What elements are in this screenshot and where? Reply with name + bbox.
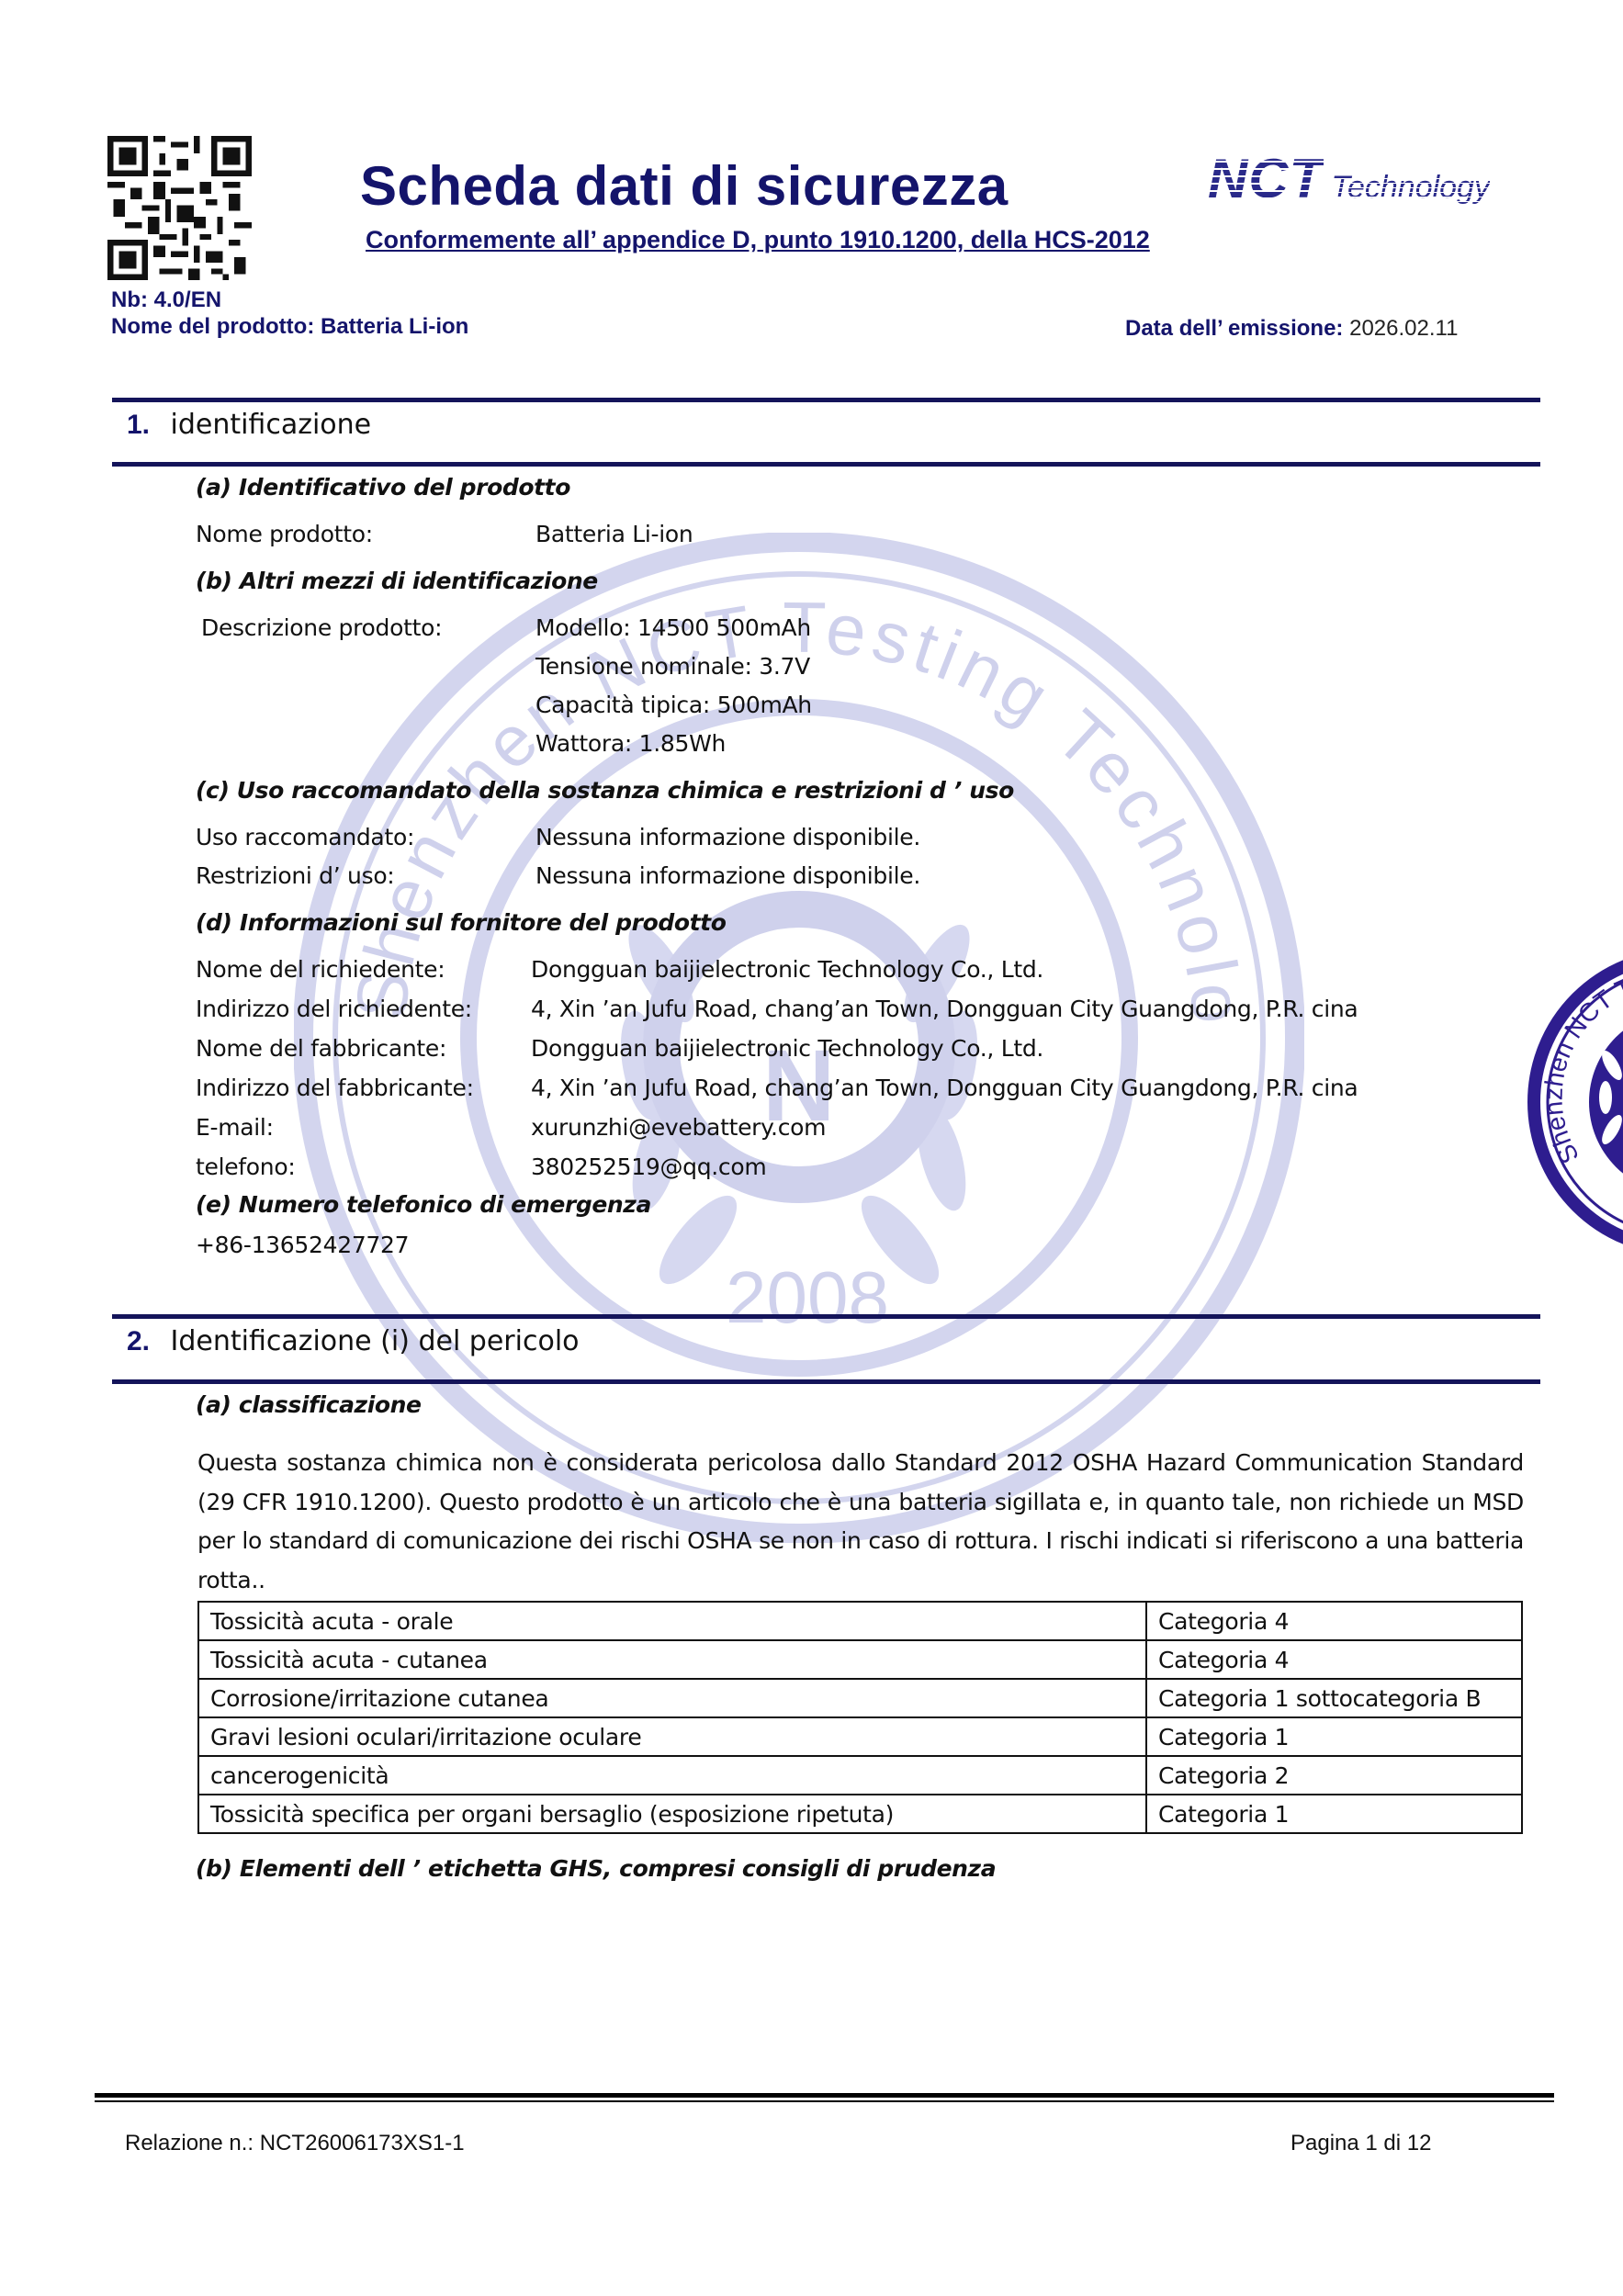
issue-date-label: Data dell’ emissione: <box>1125 316 1343 341</box>
section-1-number: 1. <box>127 410 150 440</box>
subheading-other-identification: (b) Altri mezzi di identificazione <box>196 568 598 594</box>
qr-code-icon <box>107 136 252 280</box>
product-name-label: Nome del prodotto: <box>111 314 314 339</box>
section-1-title: identificazione <box>170 409 371 441</box>
email-value: xurunzhi@evebattery.com <box>531 1114 826 1141</box>
applicant-address-value: 4, Xin ’an Jufu Road, chang’an Town, Don… <box>531 996 1358 1022</box>
section-2-title: Identificazione (i) del pericolo <box>170 1325 579 1357</box>
subheading-ghs-label-elements: (b) Elementi dell ’ etichetta GHS, compr… <box>196 1855 996 1882</box>
subheading-emergency-phone: (e) Numero telefonico di emergenza <box>196 1191 651 1218</box>
report-number: Relazione n.: NCT26006173XS1-1 <box>125 2131 465 2156</box>
applicant-name-value: Dongguan baijielectronic Technology Co.,… <box>531 956 1043 983</box>
manufacturer-address-value: 4, Xin ’an Jufu Road, chang’an Town, Don… <box>531 1075 1358 1101</box>
model-value: Modello: 14500 500mAh <box>535 614 811 641</box>
manufacturer-name-label: Nome del fabbricante: <box>196 1035 446 1062</box>
page-indicator: Pagina 1 di 12 <box>1291 2131 1431 2156</box>
table-row: Tossicità acuta - cutanea Categoria 4 <box>198 1640 1522 1679</box>
category-cell: Categoria 2 <box>1146 1756 1522 1795</box>
category-cell: Categoria 1 <box>1146 1717 1522 1756</box>
nominal-voltage-value: Tensione nominale: 3.7V <box>535 653 810 680</box>
report-number-value: NCT26006173XS1-1 <box>260 2131 465 2155</box>
manufacturer-name-value: Dongguan baijielectronic Technology Co.,… <box>531 1035 1043 1062</box>
hazard-cell: Tossicità acuta - orale <box>198 1602 1146 1640</box>
email-label: E-mail: <box>196 1114 274 1141</box>
subheading-classification: (a) classificazione <box>196 1391 422 1418</box>
document-title: Scheda dati di sicurezza <box>360 154 1009 218</box>
recommended-use-value: Nessuna informazione disponibile. <box>535 824 920 850</box>
emergency-phone-value: +86-13652427727 <box>196 1232 409 1258</box>
table-row: Tossicità specifica per organi bersaglio… <box>198 1795 1522 1833</box>
section-2-bottom-rule <box>112 1379 1540 1384</box>
category-cell: Categoria 4 <box>1146 1640 1522 1679</box>
section-2-heading: 2. Identificazione (i) del pericolo <box>127 1325 580 1357</box>
hazard-cell: Tossicità specifica per organi bersaglio… <box>198 1795 1146 1833</box>
section-2-number: 2. <box>127 1326 150 1356</box>
hazard-cell: Corrosione/irritazione cutanea <box>198 1679 1146 1717</box>
section-1-bottom-rule <box>112 462 1540 467</box>
product-description-label: Descrizione prodotto: <box>201 614 442 641</box>
svg-text:2008: 2008 <box>726 1256 889 1338</box>
category-cell: Categoria 1 sottocategoria B <box>1146 1679 1522 1717</box>
applicant-address-label: Indirizzo del richiedente: <box>196 996 472 1022</box>
product-name-label: Nome prodotto: <box>196 521 373 547</box>
watt-hours-value: Wattora: 1.85Wh <box>535 730 726 757</box>
certification-seal-icon: Shenzhen NCT T <box>1525 946 1623 1258</box>
hazard-classification-table: Tossicità acuta - orale Categoria 4 Toss… <box>197 1601 1523 1834</box>
hazard-cell: Gravi lesioni oculari/irritazione ocular… <box>198 1717 1146 1756</box>
footer-thick-rule <box>95 2093 1554 2098</box>
table-row: Tossicità acuta - orale Categoria 4 <box>198 1602 1522 1640</box>
issue-date: Data dell’ emissione: 2026.02.11 <box>1125 316 1458 342</box>
classification-paragraph: Questa sostanza chimica non è considerat… <box>197 1444 1524 1600</box>
phone-value: 380252519@qq.com <box>531 1154 766 1180</box>
phone-label: telefono: <box>196 1154 295 1180</box>
table-row: Gravi lesioni oculari/irritazione ocular… <box>198 1717 1522 1756</box>
logo-technology-text: Technology <box>1331 170 1490 205</box>
table-row: cancerogenicità Categoria 2 <box>198 1756 1522 1795</box>
issue-date-value: 2026.02.11 <box>1349 316 1458 341</box>
subheading-product-identifier: (a) Identificativo del prodotto <box>196 474 570 501</box>
section-1-top-rule <box>112 398 1540 402</box>
product-name-value: Batteria Li-ion <box>535 521 693 547</box>
product-name-header: Nome del prodotto: Batteria Li-ion <box>111 314 468 340</box>
section-1-heading: 1. identificazione <box>127 409 371 441</box>
document-subtitle: Conformemente all’ appendice D, punto 19… <box>366 226 1150 254</box>
table-row: Corrosione/irritazione cutanea Categoria… <box>198 1679 1522 1717</box>
report-number-label: Relazione n.: <box>125 2131 254 2155</box>
doc-number-label: Nb: <box>111 287 148 312</box>
category-cell: Categoria 4 <box>1146 1602 1522 1640</box>
category-cell: Categoria 1 <box>1146 1795 1522 1833</box>
doc-number: Nb: 4.0/EN <box>111 287 221 313</box>
nct-logo: NCTTechnology <box>1208 147 1490 210</box>
hazard-cell: Tossicità acuta - cutanea <box>198 1640 1146 1679</box>
use-restrictions-label: Restrizioni d’ uso: <box>196 862 394 889</box>
typical-capacity-value: Capacità tipica: 500mAh <box>535 692 812 718</box>
doc-number-value: 4.0/EN <box>154 287 221 312</box>
hazard-cell: cancerogenicità <box>198 1756 1146 1795</box>
subheading-supplier-info: (d) Informazioni sul fornitore del prodo… <box>196 909 727 936</box>
use-restrictions-value: Nessuna informazione disponibile. <box>535 862 920 889</box>
footer-thin-rule <box>95 2100 1554 2102</box>
recommended-use-label: Uso raccomandato: <box>196 824 414 850</box>
product-name-value: Batteria Li-ion <box>321 314 468 339</box>
manufacturer-address-label: Indirizzo del fabbricante: <box>196 1075 474 1101</box>
subheading-recommended-use: (c) Uso raccomandato della sostanza chim… <box>196 777 1014 804</box>
applicant-name-label: Nome del richiedente: <box>196 956 445 983</box>
logo-nct-text: NCT <box>1208 148 1324 209</box>
section-2-top-rule <box>112 1314 1540 1319</box>
